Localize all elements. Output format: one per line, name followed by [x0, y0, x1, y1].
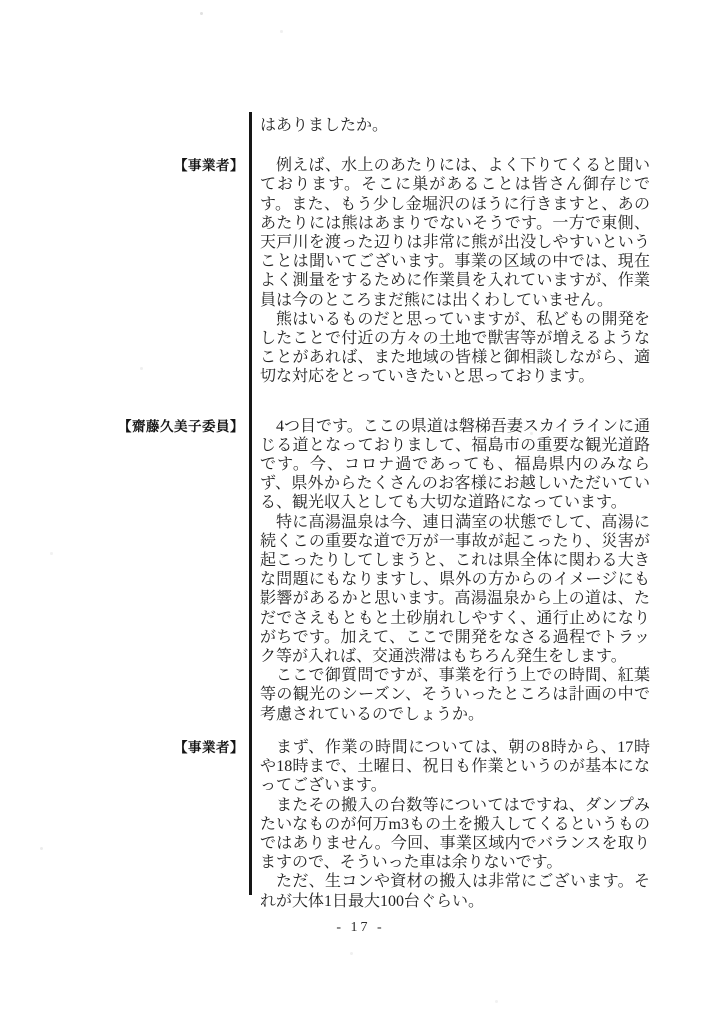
speech-text: はありましたか。	[250, 116, 650, 135]
scan-noise	[200, 12, 203, 15]
paragraph: 特に高湯温泉は今、連日満室の状態でして、高湯に続くこの重要な道で万が一事故が起こ…	[260, 513, 650, 667]
paragraph: まず、作業の時間については、朝の8時から、17時や18時まで、土曜日、祝日も作業…	[260, 738, 650, 796]
transcript-section: 【事業者】例えば、水上のあたりには、よく下りてくると聞いております。そこに巣があ…	[0, 156, 721, 386]
transcript-section: 【齋藤久美子委員】4つ目です。ここの県道は磐梯吾妻スカイラインに通じる道となって…	[0, 417, 721, 724]
transcript-section: はありましたか。	[0, 116, 721, 135]
paragraph: 4つ目です。ここの県道は磐梯吾妻スカイラインに通じる道となっておりまして、福島市…	[260, 417, 650, 513]
paragraph: はありましたか。	[260, 116, 650, 135]
speaker-label: 【事業者】	[0, 738, 250, 757]
speaker-label: 【齋藤久美子委員】	[0, 417, 250, 436]
paragraph: 例えば、水上のあたりには、よく下りてくると聞いております。そこに巣があることは皆…	[260, 156, 650, 310]
transcript: はありましたか。【事業者】例えば、水上のあたりには、よく下りてくると聞いておりま…	[0, 116, 721, 911]
document-page: はありましたか。【事業者】例えば、水上のあたりには、よく下りてくると聞いておりま…	[0, 0, 721, 1024]
transcript-section: 【事業者】まず、作業の時間については、朝の8時から、17時や18時まで、土曜日、…	[0, 738, 721, 911]
paragraph: ここで御質問ですが、事業を行う上での時間、紅葉等の観光のシーズン、そういったとこ…	[260, 666, 650, 724]
paragraph: ただ、生コンや資材の搬入は非常にございます。それが大体1日最大100台ぐらい。	[260, 872, 650, 910]
speech-text: 例えば、水上のあたりには、よく下りてくると聞いております。そこに巣があることは皆…	[250, 156, 650, 386]
speaker-label: 【事業者】	[0, 156, 250, 175]
paragraph: 熊はいるものだと思っていますが、私どもの開発をしたことで付近の方々の土地で獣害等…	[260, 310, 650, 387]
paragraph: またその搬入の台数等についてはですね、ダンプみたいなものが何万m3もの土を搬入し…	[260, 796, 650, 873]
speech-text: まず、作業の時間については、朝の8時から、17時や18時まで、土曜日、祝日も作業…	[250, 738, 650, 911]
page-number: - 17 -	[0, 920, 721, 936]
speech-text: 4つ目です。ここの県道は磐梯吾妻スカイラインに通じる道となっておりまして、福島市…	[250, 417, 650, 724]
